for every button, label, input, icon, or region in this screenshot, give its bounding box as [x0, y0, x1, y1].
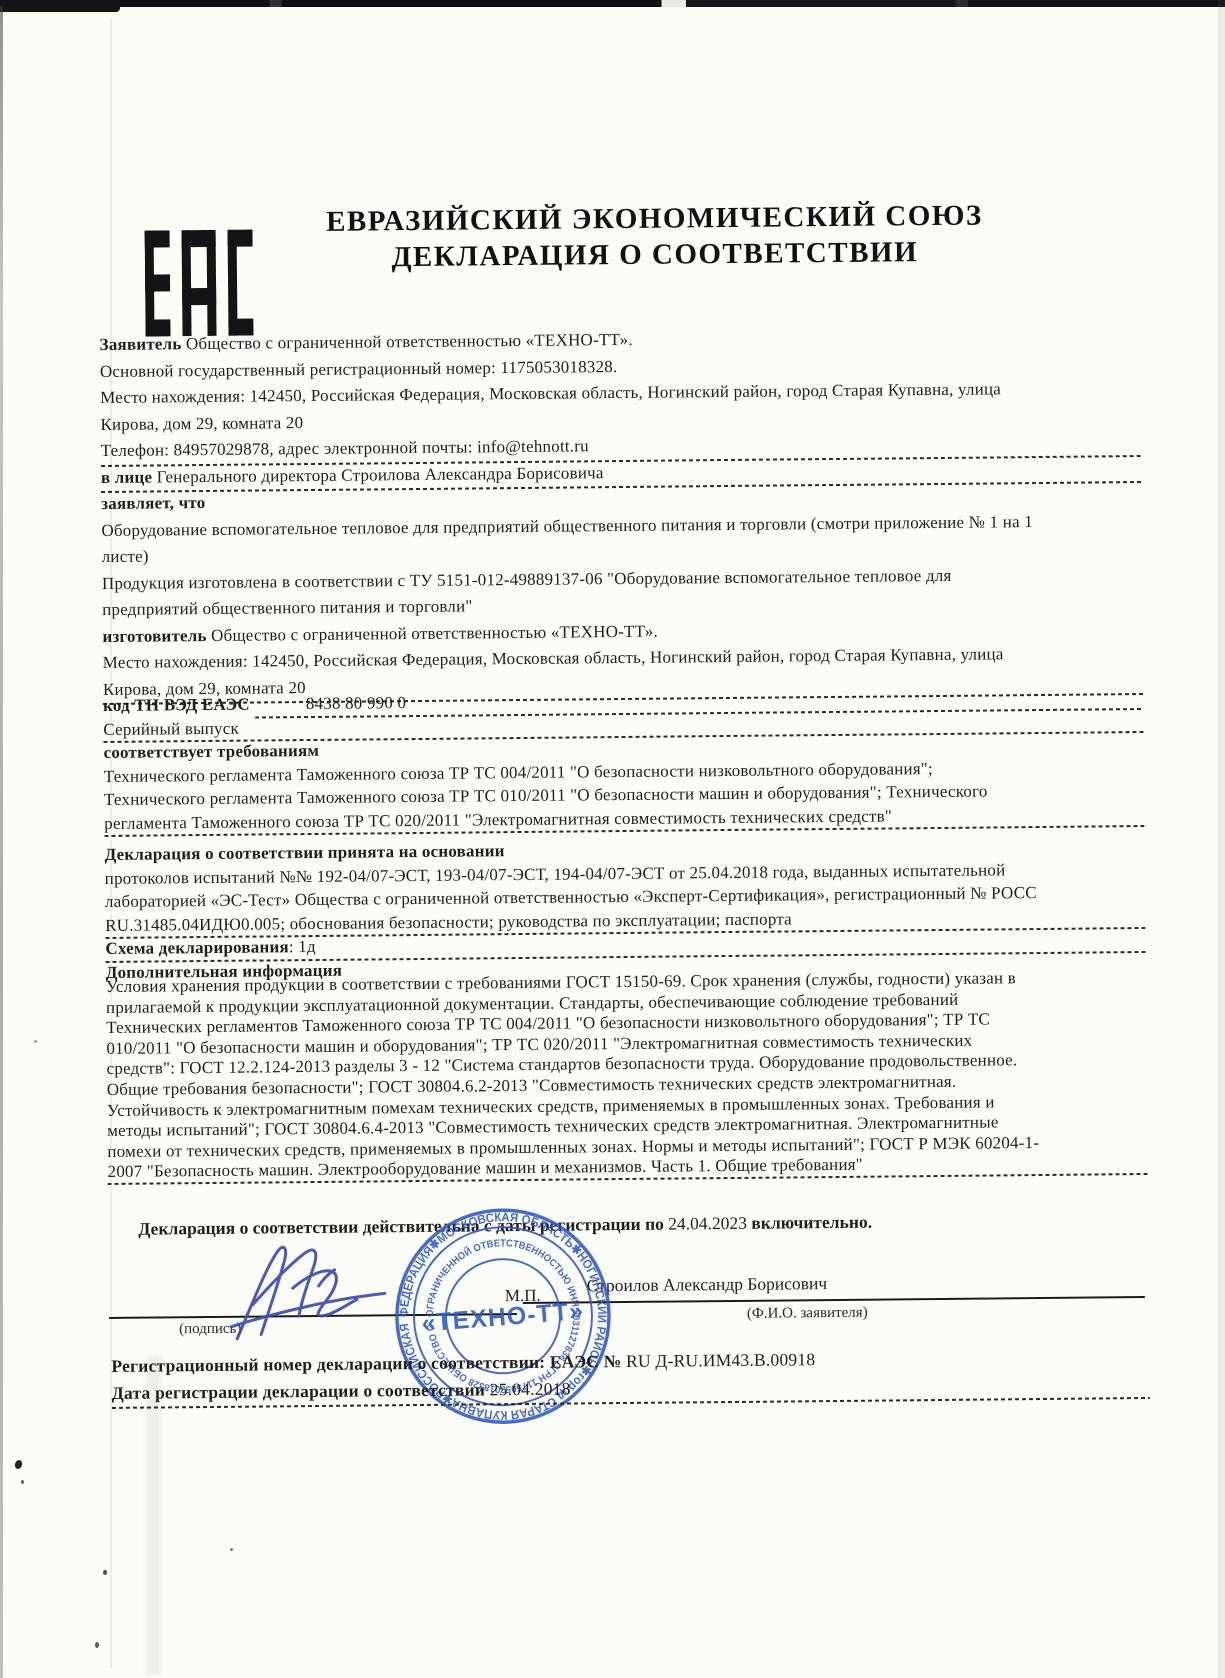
contacts-text: Телефон: 84957029878, адрес электронной … [101, 436, 589, 460]
registration-number-label: Регистрационный номер декларации о соотв… [111, 1351, 621, 1376]
registration-date-value: 25.04.2018 [485, 1379, 571, 1400]
validity-suffix: включительно. [747, 1212, 872, 1233]
tnved-label: код ТН ВЭД ЕАЭС [103, 695, 250, 715]
additional-info-block: Условия хранения продукции в соответстви… [106, 967, 1144, 1183]
manufacturer-name: Общество с ограниченной ответственностью… [207, 621, 658, 644]
stamp-center-text: «ТЕХНО-ТТ» [420, 1297, 585, 1338]
in-person-name: Генерального директора Строилова Алексан… [152, 463, 604, 486]
registration-block: Регистрационный номер декларации о соотв… [111, 1343, 1145, 1407]
in-person-label: в лице [101, 467, 153, 486]
applicant-product-block: Заявитель Общество с ограниченной ответс… [100, 322, 1140, 703]
document-title: ЕВРАЗИЙСКИЙ ЭКОНОМИЧЕСКИЙ СОЮЗ ДЕКЛАРАЦИ… [294, 197, 1015, 276]
title-declaration: ДЕКЛАРАЦИЯ О СООТВЕТСТВИИ [295, 233, 1015, 276]
tnved-compliance-block: код ТН ВЭД ЕАЭС8438 80 990 0 Серийный вы… [103, 684, 1140, 835]
applicant-fio: Строилов Александр Борисович [587, 1273, 828, 1296]
tnved-code: 8438 80 990 0 [306, 693, 407, 713]
scheme-value: : 1д [289, 937, 316, 956]
eac-mark-icon [145, 230, 254, 342]
fio-caption: (Ф.И.О. заявителя) [747, 1305, 868, 1323]
registration-number-value: RU Д-RU.ИМ43.В.00918 [621, 1349, 815, 1371]
applicant-name: Общество с ограниченной ответственностью… [181, 330, 632, 353]
issue-type-text: Серийный выпуск [103, 718, 239, 738]
scheme-label: Схема декларирования [105, 937, 289, 958]
scanned-declaration-page: ЕВРАЗИЙСКИЙ ЭКОНОМИЧЕСКИЙ СОЮЗ ДЕКЛАРАЦИ… [0, 0, 1225, 1678]
validity-date: 24.04.2023 [668, 1213, 747, 1234]
basis-block: Декларация о соответствии принята на осн… [104, 833, 1141, 984]
manufacturer-label: изготовитель [102, 626, 206, 646]
handwritten-signature [222, 1241, 393, 1353]
registration-date-label: Дата регистрации декларации о соответств… [112, 1379, 486, 1403]
applicant-label: Заявитель [100, 334, 182, 354]
